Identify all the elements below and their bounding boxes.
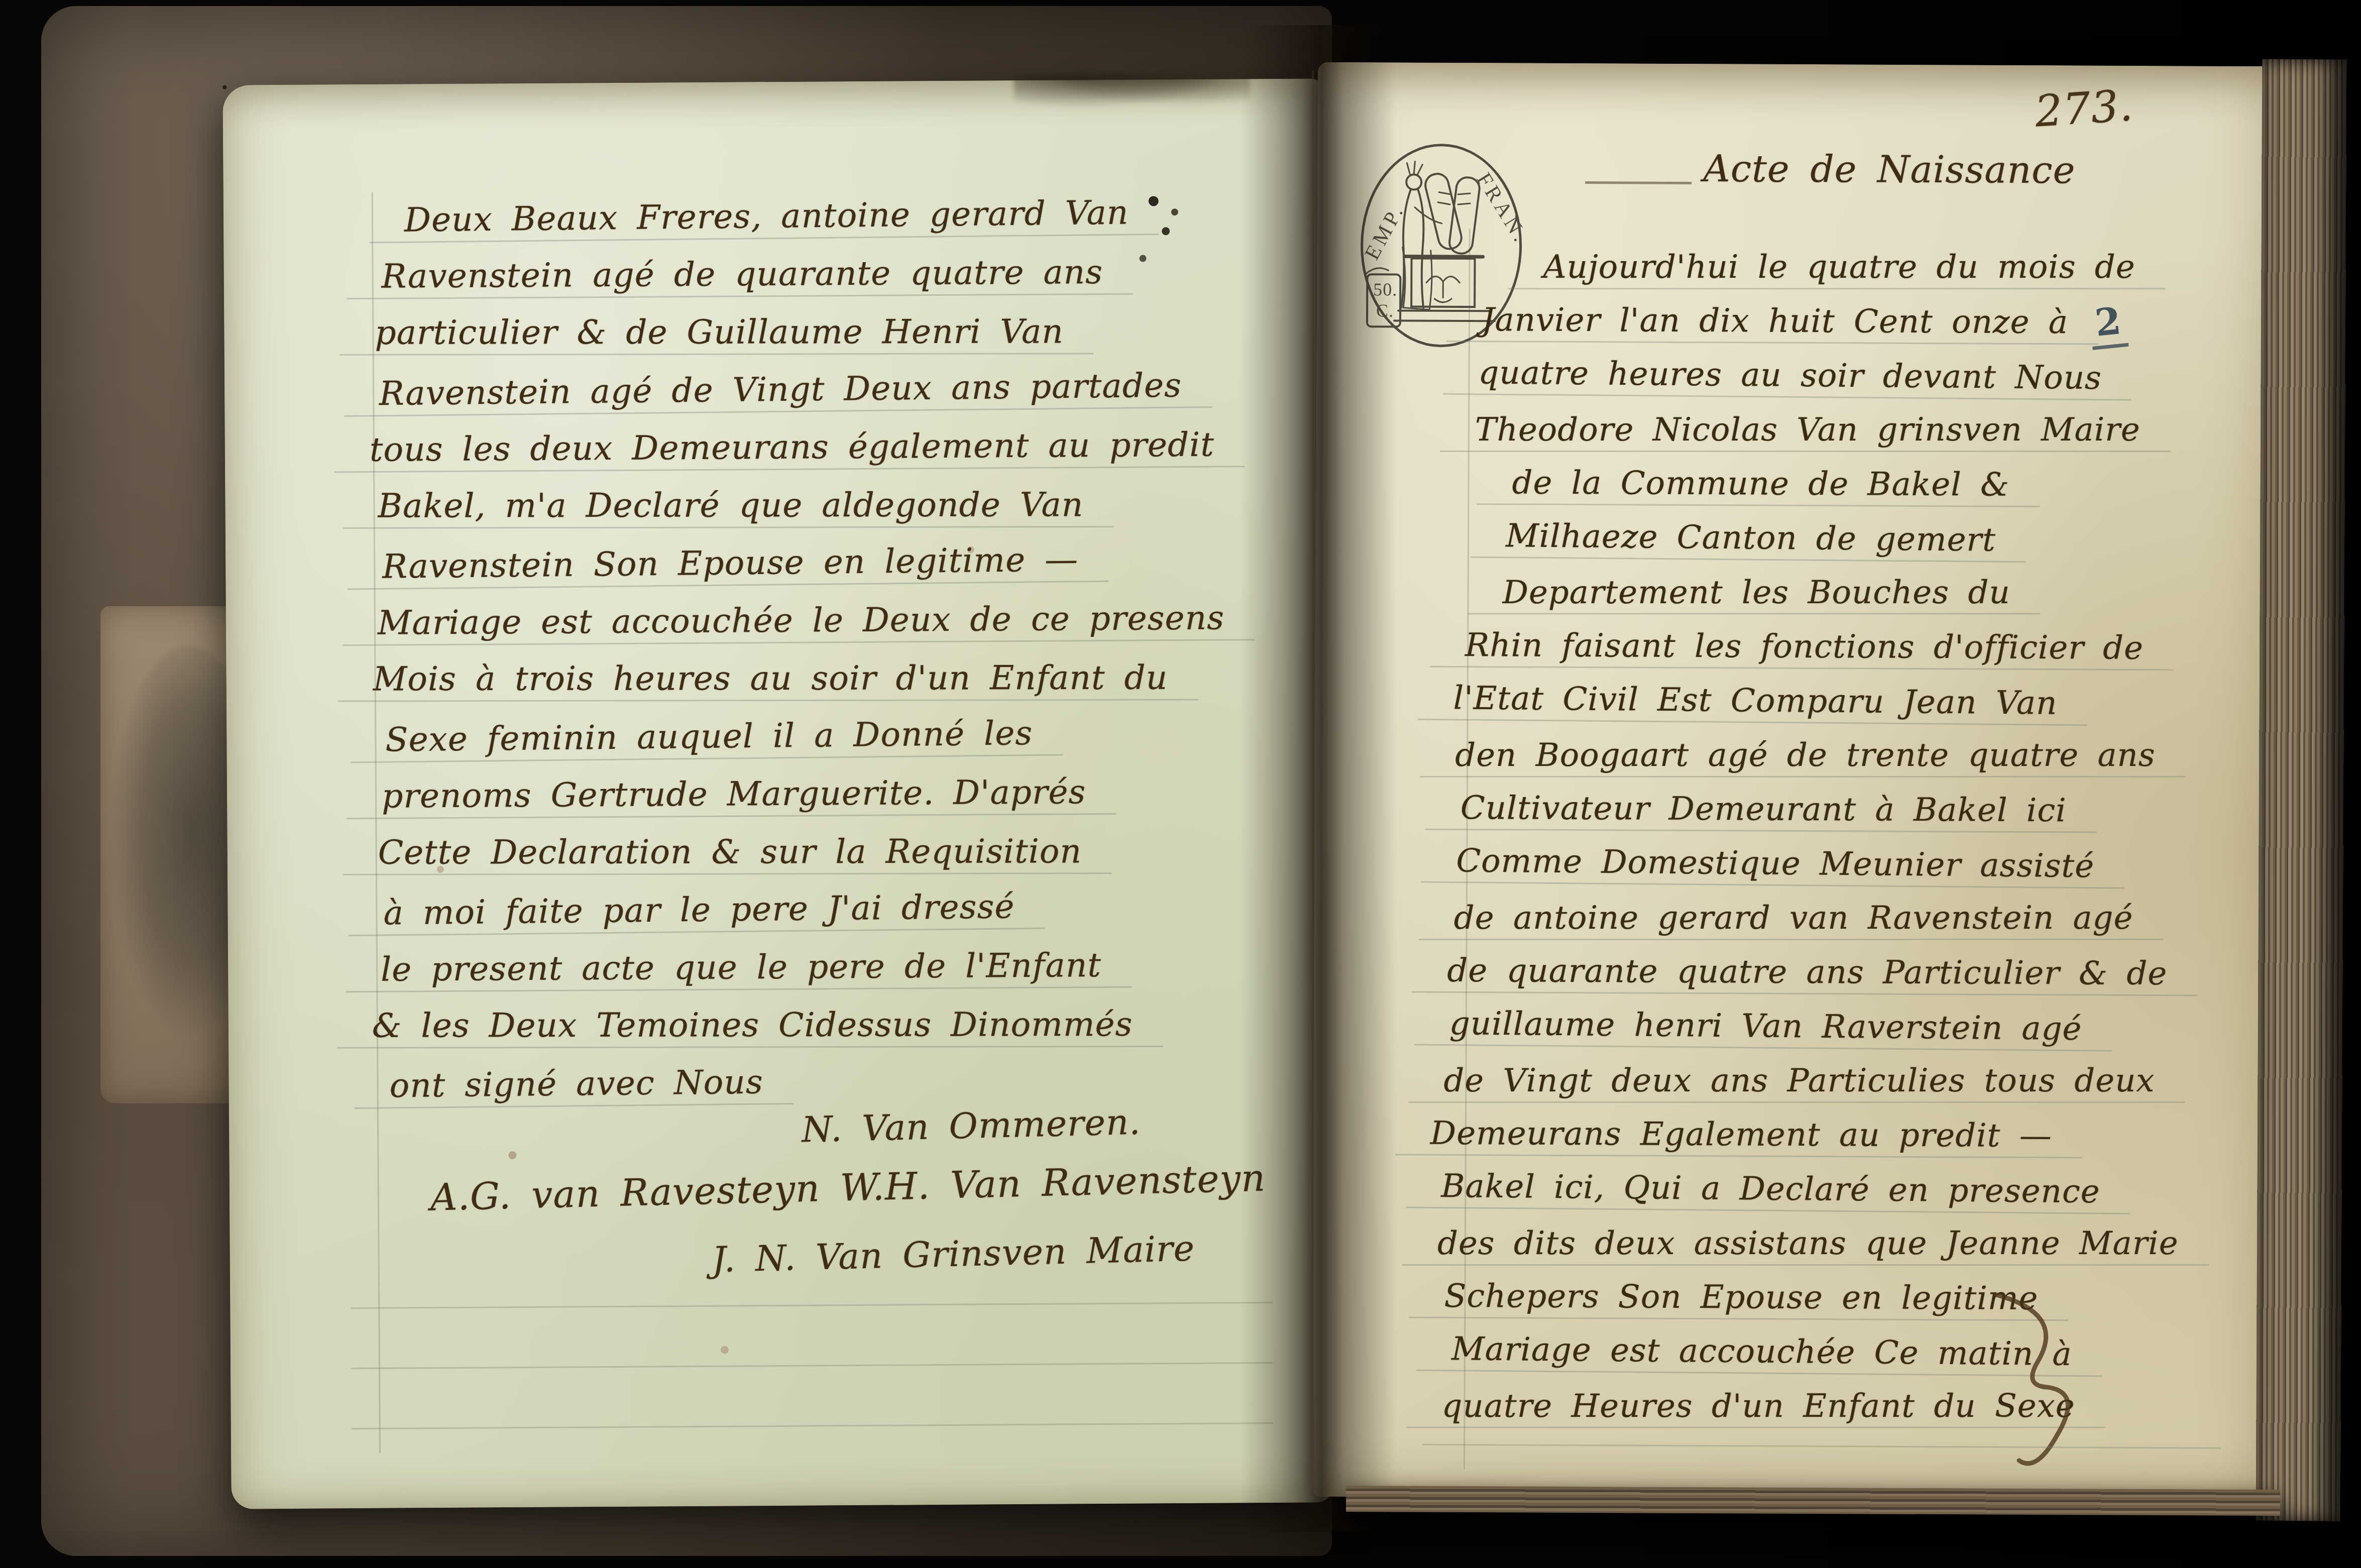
manuscript-line: Theodore Nicolas Van grinsven Maire [1475,414,2141,446]
manuscript-line: Bakel ici, Qui a Declaré en presence [1441,1170,2100,1208]
manuscript-line-text: guillaume henri Van Raverstein agé [1449,1005,2082,1048]
manuscript-line-text: quatre heures au soir devant Nous [1478,354,2102,397]
manuscript-line-text: Bakel, m'a Declaré que aldegonde Van [378,485,1083,525]
manuscript-line: de antoine gerard van Ravenstein agé [1454,902,2133,934]
ruled-guide-line [340,353,1093,356]
manuscript-line: de Vingt deux ans Particulies tous deux [1443,1065,2155,1097]
ruled-guide-line [337,1046,1163,1049]
right-page-text: Aujourd'hui le quatre du mois de Janvier… [1318,62,2297,67]
page-stack-bottom-edge [1346,1486,2280,1516]
manuscript-line: des dits deux assistans que Jeanne Marie [1437,1227,2179,1260]
ruled-guide-line [351,1362,1273,1369]
manuscript-line-text: Ravenstein Son Epouse en legitime — [382,540,1079,586]
manuscript-line: le present acte que le pere de l'Enfant [381,949,1101,986]
manuscript-line-text: Theodore Nicolas Van grinsven Maire [1475,411,2141,449]
manuscript-line-text: particulier & de Guillaume Henri Van [375,312,1063,352]
manuscript-line: Schepers Son Epouse en legitime [1444,1280,2038,1315]
manuscript-line-text: Bakel ici, Qui a Declaré en presence [1441,1168,2100,1210]
manuscript-line: Demeurans Egalement au predit — [1430,1117,2052,1152]
manuscript-line-text: den Boogaart agé de trente quatre ans [1455,737,2155,774]
ruled-guide-line [338,699,1198,702]
manuscript-line-text: Deux Beaux Freres, antoine gerard Van [404,193,1129,240]
manuscript-line: Cultivateur Demeurant à Bakel ici [1460,792,2067,827]
manuscript-line: Cette Declaration & sur la Requisition [378,835,1082,869]
manuscript-line-text: Milhaeze Canton de gemert [1506,517,1996,559]
ruled-guide-line [1419,939,2164,940]
manuscript-line: particulier & de Guillaume Henri Van [375,315,1063,350]
manuscript-line: Departement les Bouches du [1503,577,2010,609]
manuscript-line: l'Etat Civil Est Comparu Jean Van [1453,682,2057,719]
ruled-guide-line [1395,1154,2082,1158]
manuscript-line-text: Mois à trois heures au soir d'un Enfant … [373,658,1168,699]
manuscript-line-text: Rhin faisant les fonctions d'officier de [1465,627,2144,667]
manuscript-line: den Boogaart agé de trente quatre ans [1455,739,2155,771]
act-title: Acte de Naissance [1703,147,2075,192]
ruled-guide-line [352,1422,1273,1429]
manuscript-line: prenoms Gertrude Marguerite. D'aprés [382,775,1086,813]
manuscript-line: Deux Beaux Freres, antoine gerard Van [404,196,1129,237]
manuscript-line: ont signé avec Nous [389,1066,763,1103]
ruled-guide-line [1468,613,2041,615]
manuscript-line-text: tous les deux Demeurans également au pre… [370,425,1215,469]
ruled-guide-line [1440,451,2171,452]
manuscript-line: de quarante quatre ans Particulier & de [1447,955,2167,990]
manuscript-line: quatre heures au soir devant Nous [1478,357,2102,394]
manuscript-line-text: Aujourd'hui le quatre du mois de [1543,249,2135,286]
ruled-guide-line [343,872,1112,875]
ruled-guide-line [1408,1101,2185,1103]
ink-flourish [1960,1285,2096,1487]
manuscript-line: de la Commune de Bakel & [1512,467,2009,501]
manuscript-line: Janvier l'an dix huit Cent onze à [1482,304,2068,339]
manuscript-line-text: Departement les Bouches du [1503,574,2010,611]
signature-mayor: J. N. Van Grinsven Maire [712,1228,1195,1281]
manuscript-line: Milhaeze Canton de gemert [1506,520,1996,556]
manuscript-line-text: Demeurans Egalement au predit — [1430,1115,2052,1155]
manuscript-line: Mariage est accouchée le Deux de ce pres… [378,602,1224,640]
manuscript-line-text: Comme Domestique Meunier assisté [1456,842,2094,885]
page-fold-crease [1312,70,1314,1497]
manuscript-line-text: prenoms Gertrude Marguerite. D'aprés [382,772,1086,816]
manuscript-line: Aujourd'hui le quatre du mois de [1543,251,2135,283]
ruled-guide-line [1425,829,2097,833]
manuscript-line: Ravenstein agé de Vingt Deux ans partade… [379,369,1182,411]
manuscript-line-text: de antoine gerard van Ravenstein agé [1454,900,2133,937]
ink-specks [222,85,227,89]
manuscript-line-text: Cette Declaration & sur la Requisition [378,832,1082,871]
right-page: 273. 2 Acte de Naissance [1312,62,2297,1501]
stamp-value-bottom: C. [1376,300,1394,320]
ruled-guide-line [1420,776,2185,777]
manuscript-line-text: de la Commune de Bakel & [1512,464,2009,503]
manuscript-line: Ravenstein Son Epouse en legitime — [382,543,1078,584]
stamp-value-top: 50. [1373,279,1397,299]
manuscript-line-text: Ravenstein agé de Vingt Deux ans partade… [379,366,1182,413]
manuscript-line-text: le present acte que le pere de l'Enfant [381,946,1101,989]
act-number: 2 [2088,299,2128,350]
manuscript-line-text: des dits deux assistans que Jeanne Marie [1437,1225,2179,1262]
manuscript-line-text: Ravenstein agé de quarante quatre ans [381,253,1103,296]
manuscript-line-text: l'Etat Civil Est Comparu Jean Van [1453,680,2057,722]
manuscript-line: Bakel, m'a Declaré que aldegonde Van [378,488,1083,522]
manuscript-line-text: Schepers Son Epouse en legitime [1444,1278,2038,1317]
ruled-guide-line [1508,288,2165,289]
manuscript-line-text: Janvier l'an dix huit Cent onze à [1482,301,2068,341]
ruled-guide-line [351,1302,1272,1309]
manuscript-line-text: de Vingt deux ans Particulies tous deux [1443,1062,2155,1099]
torn-corner [1014,73,1250,115]
manuscript-line: Rhin faisant les fonctions d'officier de [1465,629,2144,664]
manuscript-line: tous les deux Demeurans également au pre… [370,428,1214,467]
ruled-guide-line [1402,1264,2209,1266]
manuscript-line-text: Mariage est accouchée le Deux de ce pres… [378,599,1224,642]
manuscript-line-text: & les Deux Temoines Cidessus Dinommés [372,1005,1133,1045]
ruled-guide-line [343,526,1114,529]
manuscript-line-text: Sexe feminin auquel il a Donné les [385,714,1033,759]
left-page: Deux Beaux Freres, antoine gerard Van Ra… [222,78,1333,1509]
ruled-guide-line [1422,1444,2221,1449]
signature-van-ommeren: N. Van Ommeren. [801,1101,1141,1151]
manuscript-line: Mois à trois heures au soir d'un Enfant … [373,661,1168,696]
manuscript-line: & les Deux Temoines Cidessus Dinommés [372,1008,1133,1043]
manuscript-line: guillaume henri Van Raverstein agé [1449,1007,2082,1045]
signature-witnesses: A.G. van Ravesteyn W.H. Van Ravensteyn [430,1157,1266,1219]
folio-number: 273. [2034,80,2135,137]
manuscript-line: Comme Domestique Meunier assisté [1456,845,2094,882]
manuscript-line: Sexe feminin auquel il a Donné les [385,717,1033,756]
manuscript-line-text: de quarante quatre ans Particulier & de [1447,952,2167,992]
manuscript-line-text: ont signé avec Nous [389,1063,763,1105]
ruled-guide-line [1446,341,2098,345]
ruled-guide-line [1477,503,2040,507]
manuscript-line: Ravenstein agé de quarante quatre ans [381,256,1103,293]
register-book-photo: Deux Beaux Freres, antoine gerard Van Ra… [0,0,2361,1568]
manuscript-line: à moi faite par le pere J'ai dressé [383,890,1015,930]
page-stack-fore-edge [2256,59,2347,1521]
manuscript-line-text: à moi faite par le pere J'ai dressé [383,887,1015,932]
manuscript-line-text: Cultivateur Demeurant à Bakel ici [1460,790,2067,829]
